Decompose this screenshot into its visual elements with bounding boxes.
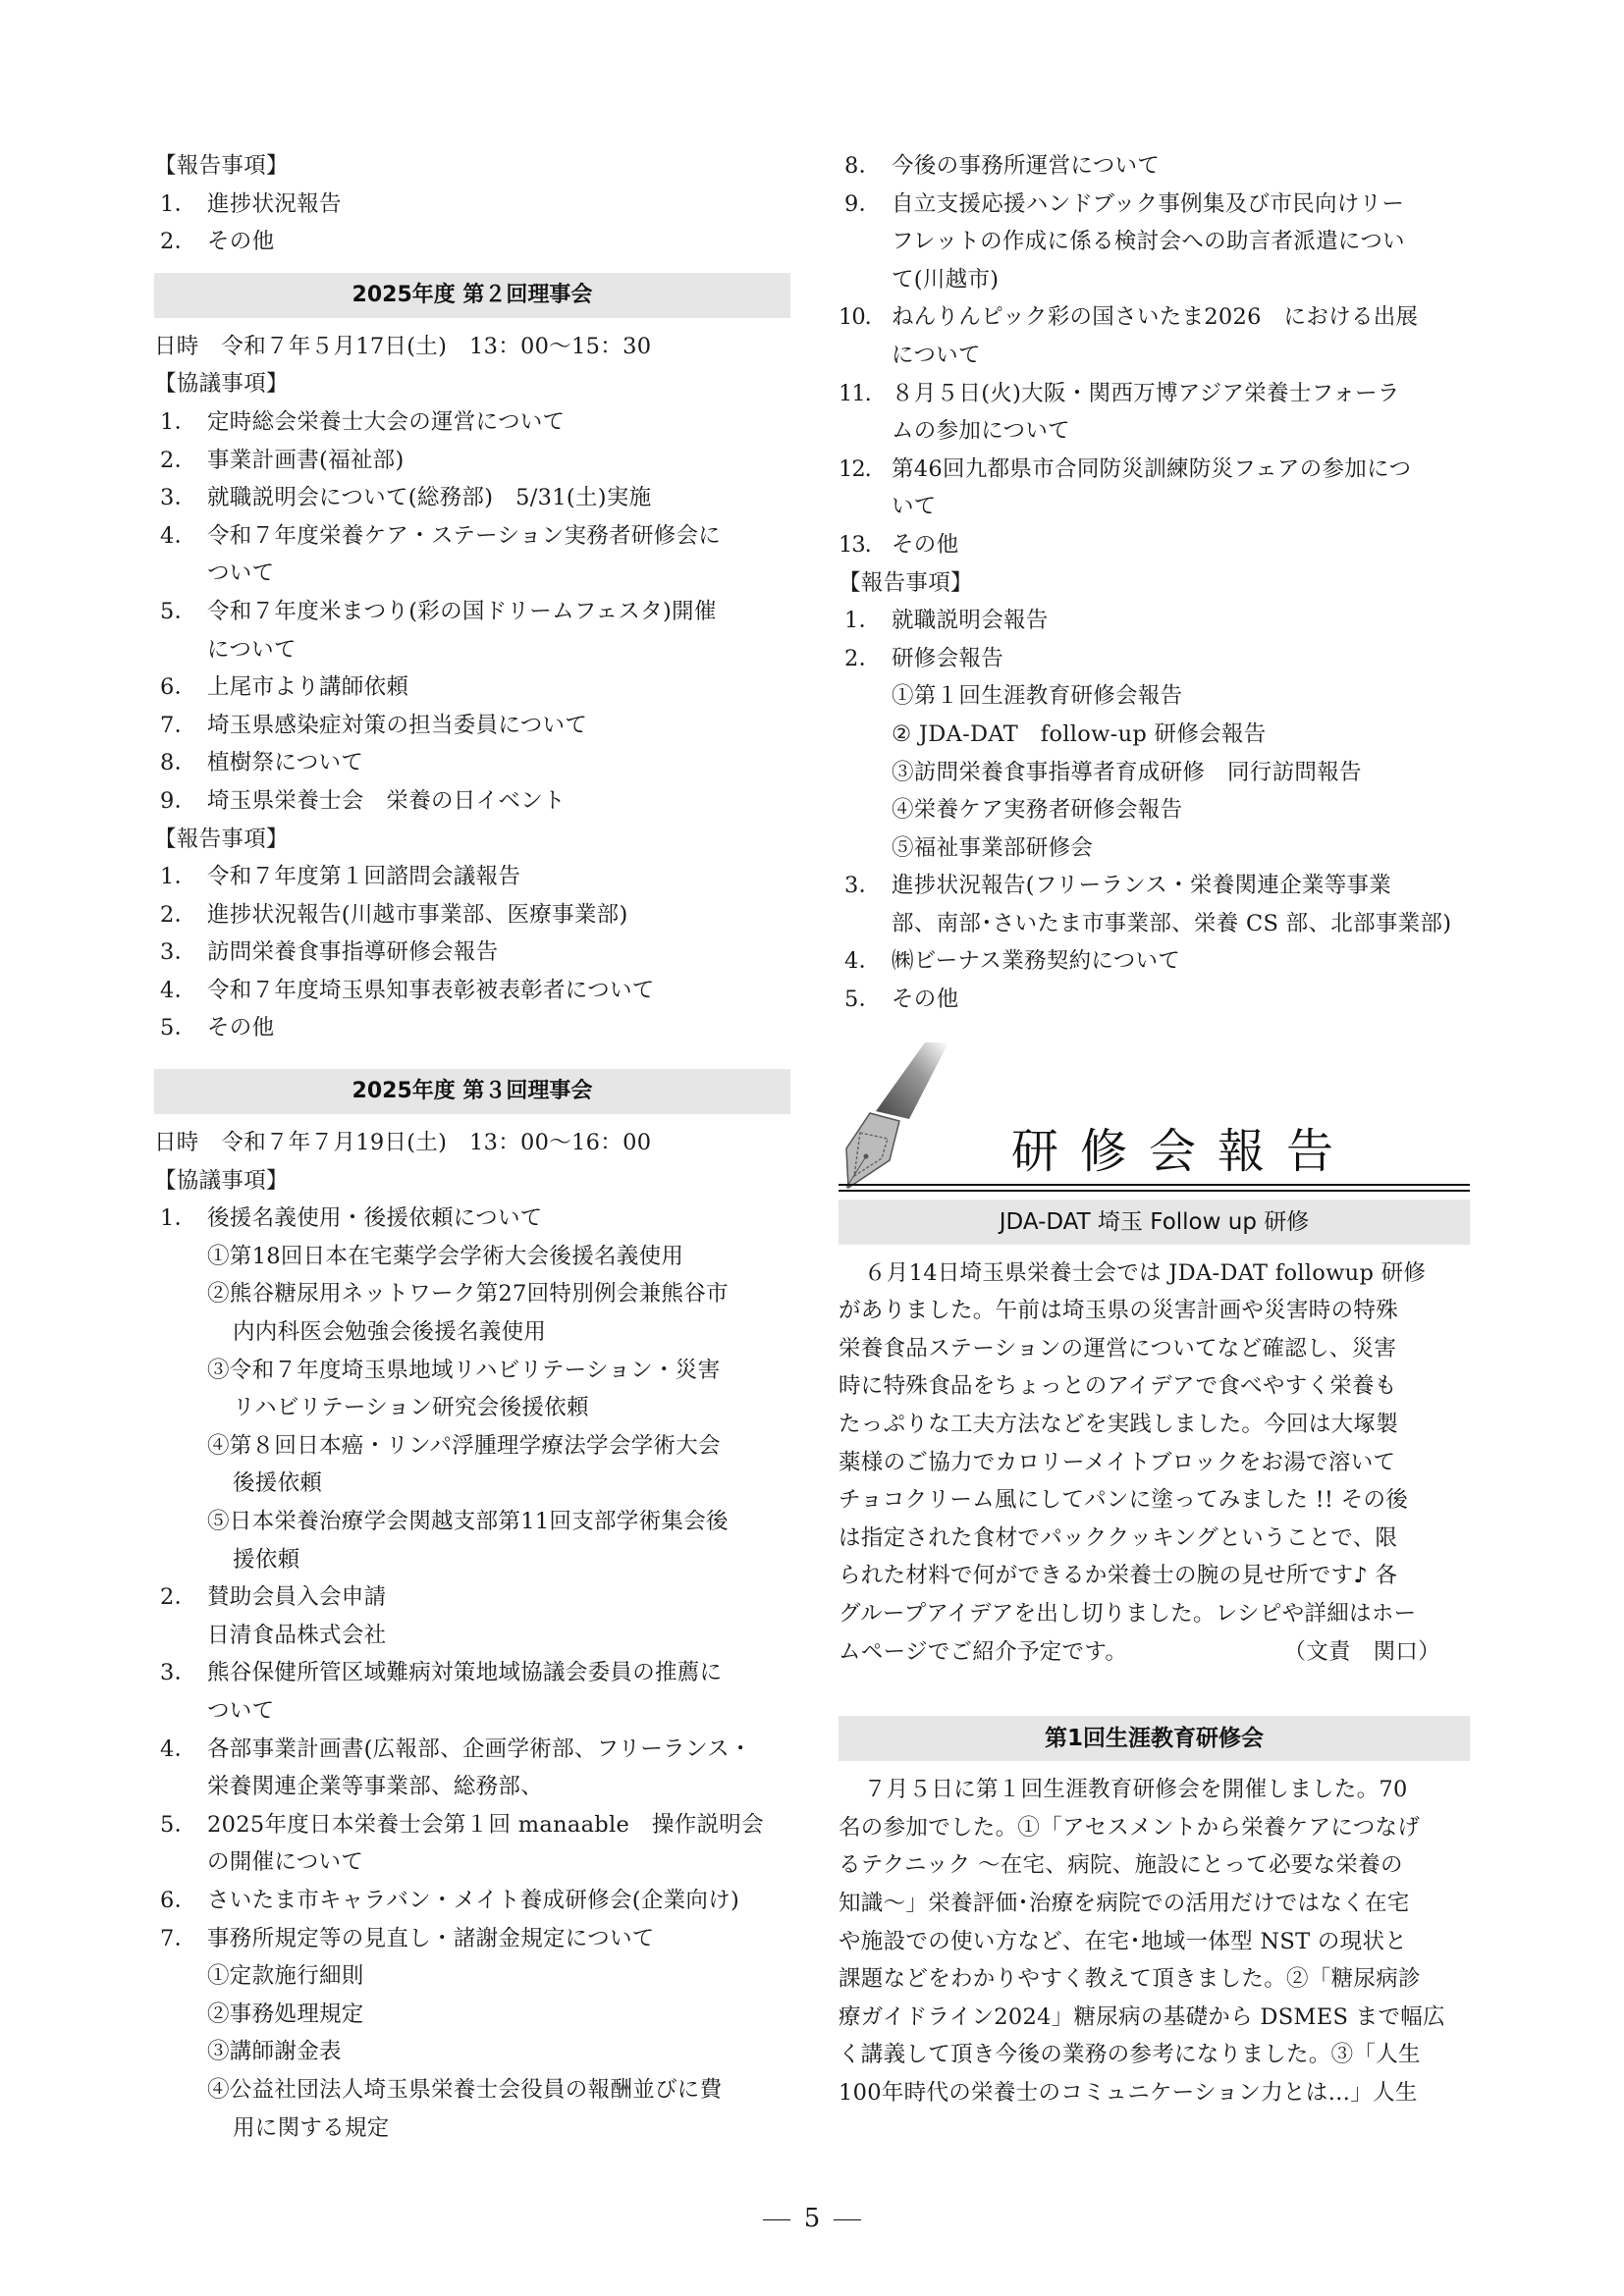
list-item: 11.８月５日(火)大阪・関西万博アジア栄養士フォーラ: [839, 375, 1470, 413]
paragraph-line: られた材料で何ができるか栄養士の腕の見せ所です♪ 各: [839, 1557, 1470, 1595]
list-item-continuation: ついて: [154, 1692, 790, 1731]
sub-item: ①第18回日本在宅薬学会学術大会後援名義使用: [154, 1238, 790, 1276]
meeting2-title-bar: 2025年度 第２回理事会: [154, 273, 790, 318]
meeting2-discussion-list: 1．定時総会栄養士大会の運営について2．事業計画書(福祉部)3．就職説明会につい…: [154, 403, 790, 821]
paragraph-line: 時に特殊食品をちょっとのアイデアで食べやすく栄養も: [839, 1367, 1470, 1406]
list-item: 1．後援名義使用・後援依頼について: [154, 1200, 790, 1238]
list-item: 8．今後の事務所運営について: [839, 147, 1470, 186]
list-item: 2．事業計画書(福祉部): [154, 442, 790, 480]
list-item-continuation: 栄養関連企業等事業部、総務部、: [154, 1768, 790, 1806]
sub-item: ③講師謝金表: [154, 2033, 790, 2071]
paragraph-line: るテクニック ～在宅、病院、施設にとって必要な栄養の: [839, 1846, 1470, 1885]
article1-body: ６月14日埼玉県栄養士会では JDA-DAT followup 研修がありました…: [839, 1255, 1470, 1672]
list-item-continuation: ついて: [154, 555, 790, 593]
list-item: 5．その他: [839, 981, 1470, 1019]
meeting3-datetime: 日時 令和７年７月19日(土) 13：00～16：00: [154, 1124, 790, 1162]
meeting3-item7-sublist: ①定款施行細則②事務処理規定③講師謝金表④公益社団法人埼玉県栄養士会役員の報酬並…: [154, 1957, 790, 2147]
paragraph-line: 100年時代の栄養士のコミュニケーション力とは…」人生: [839, 2074, 1470, 2112]
meeting2-report-list: 1．令和７年度第１回諮問会議報告2．進捗状況報告(川越市事業部、医療事業部)3．…: [154, 858, 790, 1047]
sub-item: ①第１回生涯教育研修会報告: [839, 677, 1470, 716]
list-item: 3．進捗状況報告(フリーランス・栄養関連企業等事業: [839, 867, 1470, 905]
meeting3-report-list: 1．就職説明会報告2．研修会報告: [839, 602, 1470, 677]
sub-item: ①定款施行細則: [154, 1957, 790, 1996]
list-item-continuation: いて: [839, 488, 1470, 526]
list-item: 2．進捗状況報告(川越市事業部、医療事業部): [154, 896, 790, 934]
list-item: 7．埼玉県感染症対策の担当委員について: [154, 707, 790, 745]
title-rule-bottom: [839, 1190, 1470, 1192]
list-item: 2．研修会報告: [839, 640, 1470, 678]
paragraph-line: ７月５日に第１回生涯教育研修会を開催しました。70: [839, 1771, 1470, 1809]
sub-item-continuation: 内内科医会勉強会後援名義使用: [154, 1313, 790, 1352]
list-item: 4．㈱ビーナス業務契約について: [839, 942, 1470, 981]
meeting3-discussion-continued: 8．今後の事務所運営について9．自立支援応援ハンドブック事例集及び市民向けリーフ…: [839, 147, 1470, 564]
sub-item: ② JDA-DAT follow-up 研修会報告: [839, 716, 1470, 754]
paragraph-line: ムページでご紹介予定です。（文責 関口）: [839, 1633, 1470, 1672]
sub-item: ④第８回日本癌・リンパ浮腫理学療法学会学術大会: [154, 1427, 790, 1466]
meeting2-report-heading: 【報告事項】: [154, 821, 790, 859]
section-title-block: 研修会報告: [839, 1042, 1470, 1190]
sub-item-continuation: 援依頼: [154, 1541, 790, 1579]
sub-item-continuation: リハビリテーション研究会後援依頼: [154, 1389, 790, 1427]
meeting3-discussion-list: 2．賛助会員入会申請日清食品株式会社3．熊谷保健所管区域難病対策地域協議会委員の…: [154, 1578, 790, 1919]
left-column: 【報告事項】 1．進捗状況報告 2．その他 2025年度 第２回理事会 日時 令…: [154, 147, 790, 2147]
list-item: 10.ねんりんピック彩の国さいたま2026 における出展: [839, 298, 1470, 337]
list-item: 12.第46回九都県市合同防災訓練防災フェアの参加につ: [839, 451, 1470, 489]
sub-item: ③訪問栄養食事指導者育成研修 同行訪問報告: [839, 754, 1470, 792]
sub-item: ⑤福祉事業部研修会: [839, 829, 1470, 868]
list-item-continuation: 部、南部･さいたま市事業部、栄養 CS 部、北部事業部): [839, 905, 1470, 943]
list-item-continuation: ムの参加について: [839, 412, 1470, 451]
list-item: 3．熊谷保健所管区域難病対策地域協議会委員の推薦に: [154, 1654, 790, 1692]
meeting3-title-bar: 2025年度 第３回理事会: [154, 1069, 790, 1114]
article2-title-bar: 第1回生涯教育研修会: [839, 1716, 1470, 1761]
page-number: 5: [0, 2204, 1624, 2233]
meeting3-item1-sublist: ①第18回日本在宅薬学会学術大会後援名義使用②熊谷糖尿用ネットワーク第27回特別…: [154, 1238, 790, 1578]
list-item: 1．定時総会栄養士大会の運営について: [154, 403, 790, 442]
article1-title-bar: JDA-DAT 埼玉 Follow up 研修: [839, 1200, 1470, 1245]
list-item-continuation: について: [154, 631, 790, 669]
list-item: 3．訪問栄養食事指導研修会報告: [154, 934, 790, 972]
list-item-continuation: について: [839, 337, 1470, 375]
author-signature: （文責 関口）: [1283, 1633, 1440, 1672]
list-item: 4．各部事業計画書(広報部、企画学術部、フリーランス・: [154, 1731, 790, 1769]
paragraph-line: 課題などをわかりやすく教えて頂きました。②「糖尿病診: [839, 1960, 1470, 1999]
sub-item-continuation: 後援依頼: [154, 1465, 790, 1503]
list-item: 4．令和７年度栄養ケア・ステーション実務者研修会に: [154, 517, 790, 556]
sub-item: ③令和７年度埼玉県地域リハビリテーション・災害: [154, 1352, 790, 1390]
paragraph-line: は指定された食材でパッククッキングということで、限: [839, 1520, 1470, 1558]
list-item: 4．令和７年度埼玉県知事表彰被表彰者について: [154, 972, 790, 1010]
list-item: 6．さいたま市キャラバン・メイト養成研修会(企業向け): [154, 1882, 790, 1920]
list-item: 1．進捗状況報告: [154, 186, 790, 224]
list-item: 5．その他: [154, 1009, 790, 1047]
paragraph-line: グループアイデアを出し切りました。レシピや詳細はホー: [839, 1595, 1470, 1633]
meeting3-report2-sublist: ①第１回生涯教育研修会報告② JDA-DAT follow-up 研修会報告③訪…: [839, 677, 1470, 867]
paragraph-line: や施設での使い方など、在宅･地域一体型 NST の現状と: [839, 1923, 1470, 1961]
meeting3-discussion-heading: 【協議事項】: [154, 1162, 790, 1201]
meeting3-report-list-rest: 3．進捗状況報告(フリーランス・栄養関連企業等事業部、南部･さいたま市事業部、栄…: [839, 867, 1470, 1018]
list-item: 5．2025年度日本栄養士会第１回 manaable 操作説明会: [154, 1806, 790, 1844]
list-item: 6．上尾市より講師依頼: [154, 668, 790, 707]
meeting2-datetime: 日時 令和７年５月17日(土) 13：00～15：30: [154, 328, 790, 366]
paragraph-line: 知識～」栄養評価･治療を病院での活用だけではなく在宅: [839, 1885, 1470, 1923]
meeting3-report-heading: 【報告事項】: [839, 564, 1470, 603]
paragraph-line: たっぷりな工夫方法などを実践しました。今回は大塚製: [839, 1406, 1470, 1444]
sub-item-continuation: 用に関する規定: [154, 2109, 790, 2148]
paragraph-line: く講義して頂き今後の業務の参考になりました。③「人生: [839, 2036, 1470, 2074]
list-item: 2．賛助会員入会申請: [154, 1578, 790, 1617]
list-item: 2．その他: [154, 223, 790, 261]
fountain-pen-icon: [839, 1042, 956, 1195]
list-item: 9．自立支援応援ハンドブック事例集及び市民向けリー: [839, 186, 1470, 224]
list-item: 1．就職説明会報告: [839, 602, 1470, 640]
intro-report-heading: 【報告事項】: [154, 147, 790, 186]
paragraph-line: 栄養食品ステーションの運営についてなど確認し、災害: [839, 1330, 1470, 1368]
paragraph-line: 療ガイドライン2024」糖尿病の基礎から DSMES まで幅広: [839, 1999, 1470, 2037]
section-title: 研修会報告: [1011, 1113, 1355, 1181]
paragraph-line: がありました。午前は埼玉県の災害計画や災害時の特殊: [839, 1292, 1470, 1330]
sub-item: ②事務処理規定: [154, 1996, 790, 2034]
list-item-continuation: て(川越市): [839, 261, 1470, 299]
list-item-continuation: の開催について: [154, 1843, 790, 1882]
list-item: 9．埼玉県栄養士会 栄養の日イベント: [154, 782, 790, 821]
list-item: 3．就職説明会について(総務部) 5/31(土)実施: [154, 479, 790, 517]
list-item-continuation: フレットの作成に係る検討会への助言者派遣につい: [839, 223, 1470, 261]
paragraph-line: チョコクリーム風にしてパンに塗ってみました !! その後: [839, 1481, 1470, 1520]
list-item: 8．植樹祭について: [154, 744, 790, 782]
paragraph-line: 薬様のご協力でカロリーメイトブロックをお湯で溶いて: [839, 1444, 1470, 1482]
sub-item: ②熊谷糖尿用ネットワーク第27回特別例会兼熊谷市: [154, 1275, 790, 1313]
list-item: 7．事務所規定等の見直し・諸謝金規定について: [154, 1920, 790, 1958]
right-column: 8．今後の事務所運営について9．自立支援応援ハンドブック事例集及び市民向けリーフ…: [839, 147, 1470, 2112]
sub-item: ④栄養ケア実務者研修会報告: [839, 791, 1470, 829]
article2-body: ７月５日に第１回生涯教育研修会を開催しました。70名の参加でした。①「アセスメン…: [839, 1771, 1470, 2111]
sub-item: ④公益社団法人埼玉県栄養士会役員の報酬並びに費: [154, 2071, 790, 2109]
dash-left: [763, 2219, 790, 2220]
sub-item: ⑤日本栄養治療学会関越支部第11回支部学術集会後: [154, 1503, 790, 1541]
list-item: 1．令和７年度第１回諮問会議報告: [154, 858, 790, 896]
meeting2-discussion-heading: 【協議事項】: [154, 365, 790, 403]
list-item-continuation: 日清食品株式会社: [154, 1617, 790, 1655]
list-item: 5．令和７年度米まつり(彩の国ドリームフェスタ)開催: [154, 593, 790, 631]
paragraph-line: 名の参加でした。①「アセスメントから栄養ケアにつなげ: [839, 1809, 1470, 1847]
list-item: 13.その他: [839, 526, 1470, 564]
dash-right: [834, 2219, 861, 2220]
paragraph-line: ６月14日埼玉県栄養士会では JDA-DAT followup 研修: [839, 1255, 1470, 1293]
title-rule-top: [839, 1184, 1470, 1186]
